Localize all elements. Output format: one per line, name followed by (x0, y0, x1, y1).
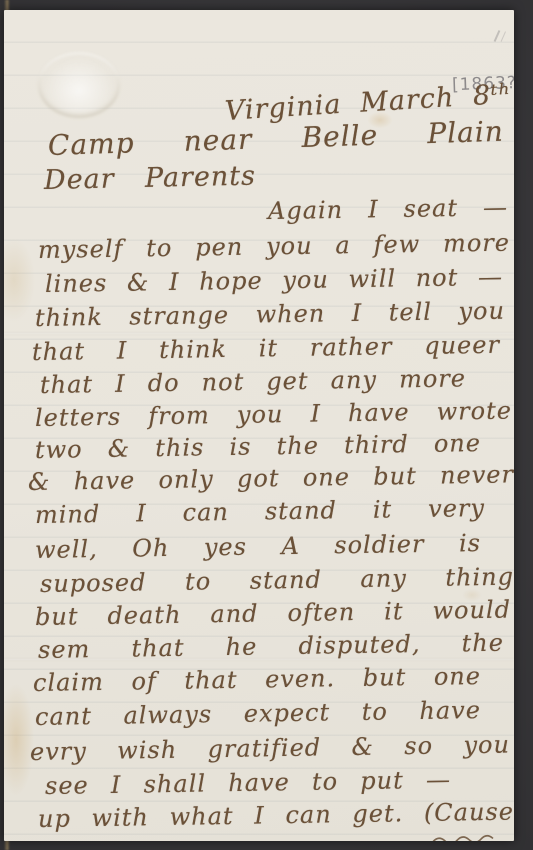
body-line: claim of that even. but one (33, 664, 481, 695)
faint-pencil-mark (494, 30, 501, 42)
body-line: suposed to stand any thing (40, 565, 514, 596)
location-line: Camp near Belle Plain (48, 118, 505, 160)
salutation-line: Dear Parents (44, 163, 257, 194)
body-line: cant always expect to have (35, 698, 481, 729)
body-line: that I think it rather queer (32, 333, 500, 364)
body-line: but death and often it would (35, 598, 511, 629)
body-line: lines & I hope you will not — (45, 265, 503, 296)
underline-flourish-icon (432, 832, 494, 841)
body-line: that I do not get any more (40, 366, 466, 397)
body-line: see I shall have to put — (45, 768, 451, 798)
body-line: & have only got one but never (28, 462, 514, 494)
embossed-stationery-stamp (38, 52, 120, 118)
body-line: Again I seat — (268, 195, 508, 223)
body-line: sem that he disputed, the (38, 631, 504, 662)
body-line: up with what I can get. (Cause (38, 800, 514, 831)
body-line: mind I can stand it very (35, 496, 485, 527)
body-line: letters from you I have wrote (35, 399, 512, 430)
body-line: well, Oh yes A soldier is (35, 531, 481, 562)
photo-background: [1863?] Virginia March 8ᵗʰ Camp near Bel… (0, 0, 533, 850)
body-line: two & this is the third one (35, 431, 481, 462)
letter-page: [1863?] Virginia March 8ᵗʰ Camp near Bel… (4, 10, 514, 841)
body-line: think strange when I tell you (35, 299, 505, 330)
body-line: myself to pen you a few more (38, 231, 510, 262)
body-line: evry wish gratified & so you (30, 732, 510, 764)
